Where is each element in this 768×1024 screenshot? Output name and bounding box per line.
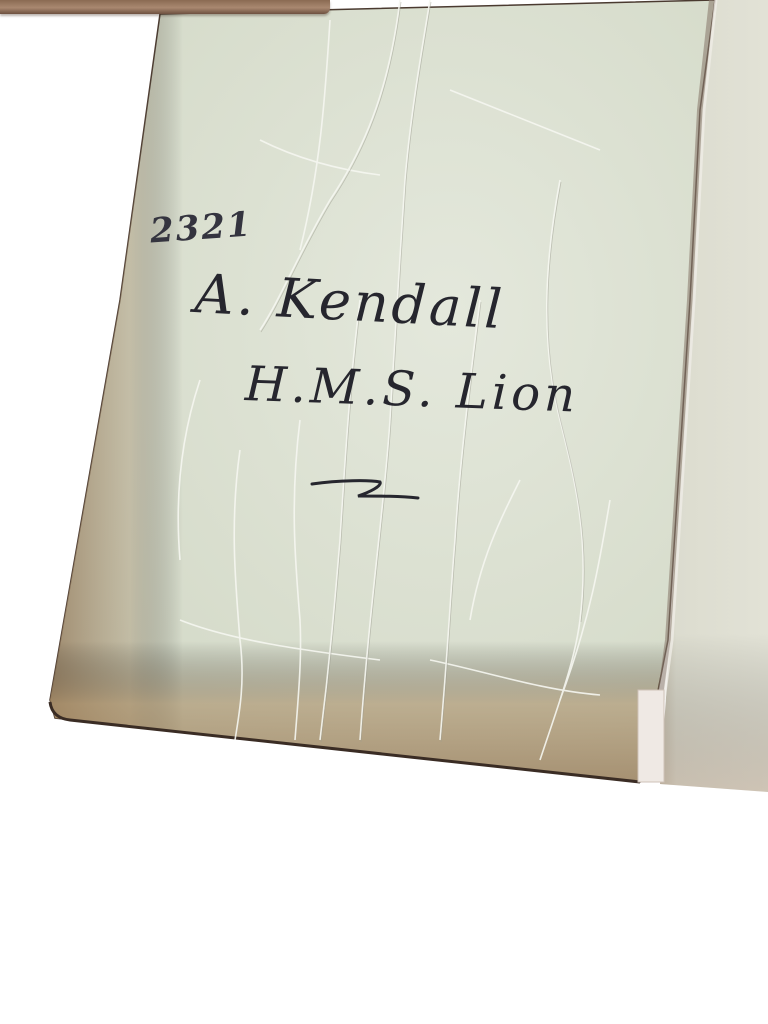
book-cover-edge: [0, 0, 330, 14]
endpaper-page: [0, 0, 768, 1024]
book-endpaper-photo: 2321 A. Kendall H.M.S. Lion: [0, 0, 768, 1024]
